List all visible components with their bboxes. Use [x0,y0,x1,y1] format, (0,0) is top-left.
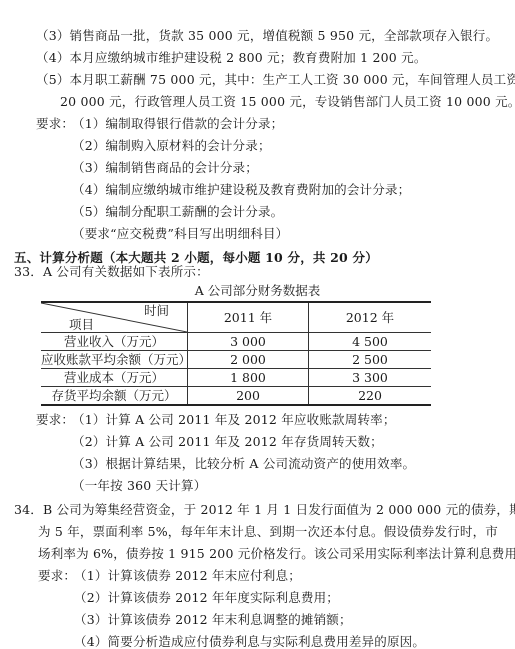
q34-stem-line-3: 场利率为 6%，债券按 1 915 200 元价格发行。该公司采用实际利率法计算… [38,546,515,562]
table-row: 应收账款平均余额（万元） 2 000 2 500 [41,351,431,369]
cell-value: 4 500 [309,333,432,351]
q33-requirement-item: （1）计算 A 公司 2011 年及 2012 年应收账款周转率； [72,412,396,428]
cell-value: 1 800 [188,369,309,387]
requirements-label: 要求： [36,116,74,132]
corner-label-item: 项目 [69,318,94,332]
row-label: 营业成本（万元） [41,369,188,387]
table-row: 营业收入（万元） 3 000 4 500 [41,333,431,351]
row-label: 存货平均余额（万元） [41,387,188,406]
q33-requirement-item: （3）根据计算结果，比较分析 A 公司流动资产的使用效率。 [72,456,415,472]
q33-stem: 33．A 公司有关数据如下表所示： [14,264,209,280]
requirement-item: （3）编制销售商品的会计分录； [72,160,258,176]
column-header-2011: 2011 年 [188,302,309,333]
cell-value: 3 000 [188,333,309,351]
row-label: 营业收入（万元） [41,333,188,351]
q34-stem-line-2: 为 5 年，票面利率 5%，每年年末计息、到期一次还本付息。假设债券发行时，市 [38,524,498,540]
q34-requirement-item: （4）简要分析造成应付债券利息与实际利息费用差异的原因。 [74,634,425,649]
cell-value: 2 000 [188,351,309,369]
requirement-item: （1）编制取得银行借款的会计分录； [72,116,283,132]
q34-requirement-item: （1）计算该债券 2012 年末应付利息； [74,568,301,584]
q33-requirements-label: 要求： [36,412,74,428]
requirement-item: （2）编制购入原材料的会计分录； [72,138,271,154]
transaction-item-3: （3）销售商品一批，货款 35 000 元，增值税额 5 950 元，全部款项存… [36,28,498,44]
requirement-item: （5）编制分配职工薪酬的会计分录。 [72,204,283,220]
requirement-item: （4）编制应缴纳城市维护建设税及教育费附加的会计分录； [72,182,410,198]
transaction-item-5-continued: 20 000 元，行政管理人员工资 15 000 元，专设销售部门人员工资 10… [60,94,515,110]
financial-data-table: 时间 项目 2011 年 2012 年 营业收入（万元） 3 000 4 500… [41,301,431,406]
table-header-row: 时间 项目 2011 年 2012 年 [41,302,431,333]
cell-value: 220 [309,387,432,406]
table-title: A 公司部分财务数据表 [0,283,515,299]
row-label: 应收账款平均余额（万元） [41,351,188,369]
cell-value: 200 [188,387,309,406]
q34-requirements-label: 要求： [38,568,76,584]
q33-requirement-item: （2）计算 A 公司 2011 年及 2012 年存货周转天数； [72,434,383,450]
cell-value: 3 300 [309,369,432,387]
table-corner-cell: 时间 项目 [41,302,188,333]
table-row: 存货平均余额（万元） 200 220 [41,387,431,406]
corner-label-time: 时间 [144,304,169,318]
transaction-item-5: （5）本月职工薪酬 75 000 元，其中：生产工人工资 30 000 元，车间… [36,72,515,88]
q34-stem-line-1: 34．B 公司为筹集经营资金，于 2012 年 1 月 1 日发行面值为 2 0… [14,502,515,518]
q33-note: （一年按 360 天计算） [72,478,206,494]
table-row: 营业成本（万元） 1 800 3 300 [41,369,431,387]
q34-requirement-item: （3）计算该债券 2012 年末利息调整的摊销额； [74,612,352,628]
transaction-item-4: （4）本月应缴纳城市维护建设税 2 800 元；教育费附加 1 200 元。 [36,50,427,66]
requirement-note: （要求“应交税费”科目写出明细科目） [72,226,288,242]
cell-value: 2 500 [309,351,432,369]
q34-requirement-item: （2）计算该债券 2012 年年度实际利息费用； [74,590,339,606]
column-header-2012: 2012 年 [309,302,432,333]
